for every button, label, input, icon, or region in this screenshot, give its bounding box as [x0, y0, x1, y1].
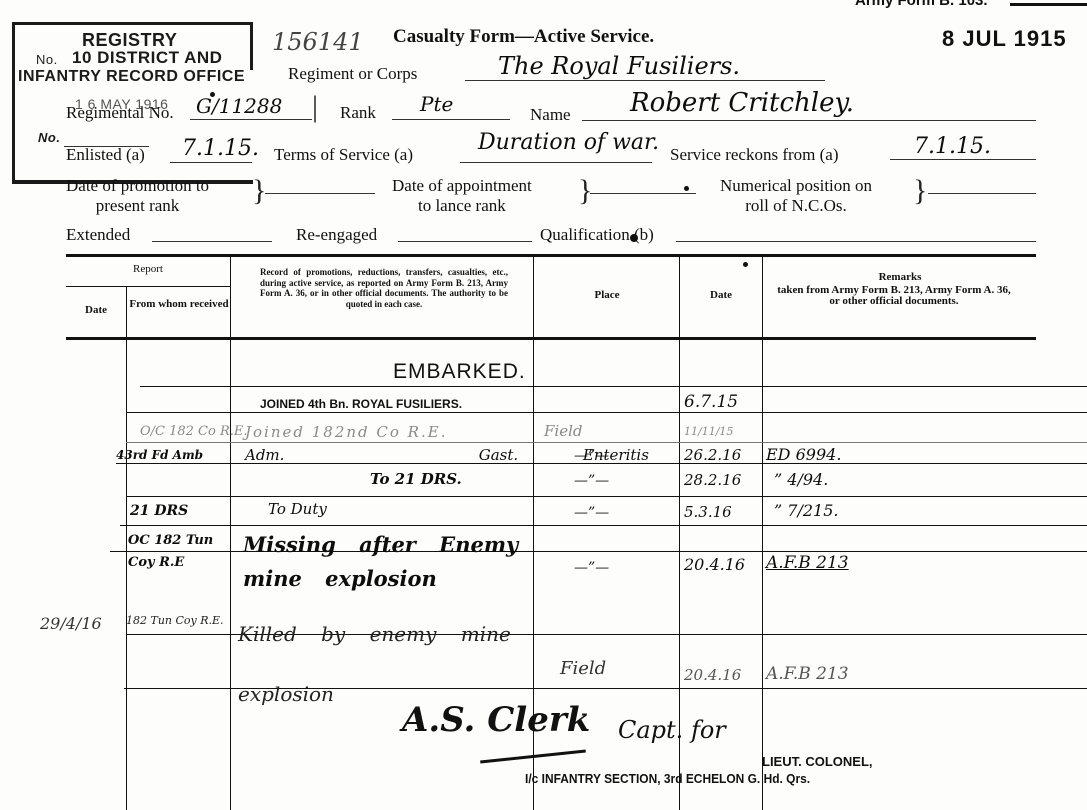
ink-speck	[210, 92, 215, 97]
regiment-value[interactable]: The Royal Fusiliers.	[498, 52, 740, 80]
serial-number: 156141	[272, 28, 364, 56]
reckons-value[interactable]: 7.1.15.	[914, 134, 991, 159]
row-3-from: 43rd Fd Amb	[116, 448, 203, 462]
row-7-remarks: A.F.B 213	[766, 664, 849, 684]
header-place: Place	[535, 290, 679, 301]
enlisted-label: Enlisted (a)	[66, 145, 145, 165]
row-2-date: 11/11/15	[684, 425, 733, 438]
row-3-place: —”—	[574, 448, 609, 464]
row-5-record: To Duty	[268, 500, 327, 518]
stamp-line-2-prefix: No.	[36, 52, 58, 67]
row-5-place: —”—	[574, 505, 609, 521]
promotion-label: Date of promotion to present rank	[66, 176, 209, 216]
header-date: Date	[66, 305, 126, 316]
signature-office: I/c INFANTRY SECTION, 3rd ECHELON G. Hd.…	[525, 771, 810, 786]
row-3-date: 26.2.16	[684, 446, 741, 464]
row-3-remarks: ED 6994.	[766, 445, 841, 464]
regiment-label: Regiment or Corps	[288, 64, 417, 84]
row-6-remarks: A.F.B 213	[766, 553, 849, 573]
row-7-from: 182 Tun Coy R.E.	[126, 614, 234, 627]
row-1-date: 6.7.15	[684, 392, 738, 412]
regimental-no-value[interactable]: G/11288	[196, 94, 282, 118]
stamp-no-label: No.	[38, 130, 60, 145]
row-6-date: 20.4.16	[684, 555, 745, 574]
row-5-from: 21 DRS	[130, 503, 188, 519]
reengaged-label: Re-engaged	[296, 225, 377, 245]
signature-title: LIEUT. COLONEL,	[762, 754, 873, 769]
row-4-remarks: ” 4/94.	[774, 470, 828, 489]
row-2-from: O/C 182 Co R.E.	[140, 424, 248, 439]
signature-rank: Capt. for	[618, 716, 726, 744]
row-6-place: —”—	[574, 560, 609, 576]
col-divider-date	[126, 286, 127, 810]
regimental-no-label: Regimental No.	[66, 103, 174, 123]
name-value[interactable]: Robert Critchley.	[630, 88, 854, 118]
form-title: Casualty Form—Active Service.	[393, 26, 654, 48]
name-label: Name	[530, 105, 571, 125]
ink-speck	[684, 186, 689, 191]
extended-label: Extended	[66, 225, 130, 245]
ink-speck	[743, 262, 748, 267]
army-form-label: Army Form B. 103.	[855, 0, 988, 9]
row-4-date: 28.2.16	[684, 471, 741, 489]
rank-label: Rank	[340, 103, 376, 123]
row-4-place: —”—	[574, 473, 609, 489]
header-date2: Date	[680, 290, 762, 301]
top-rule	[1010, 3, 1087, 6]
enlisted-value[interactable]: 7.1.15.	[182, 136, 259, 161]
header-remarks-sub: taken from Army Form B. 213, Army Form A…	[776, 285, 1012, 307]
reckons-label: Service reckons from (a)	[670, 145, 839, 165]
row-1-record: JOINED 4th Bn. ROYAL FUSILIERS.	[260, 397, 462, 411]
row-6-from: OC 182 Tun Coy R.E	[128, 530, 232, 574]
row-7-date2: 20.4.16	[684, 666, 741, 684]
row-embarked: EMBARKED.	[393, 360, 526, 384]
row-5-remarks: ” 7/215.	[774, 501, 838, 520]
table-header-rule	[66, 337, 1036, 340]
date-stamp: 8 JUL 1915	[942, 26, 1067, 52]
stamp-line-3: INFANTRY RECORD OFFICE	[18, 68, 245, 86]
header-remarks-title: Remarks	[764, 272, 1036, 283]
col-divider-date2	[762, 256, 763, 810]
row-2-record: Joined 182nd Co R.E.	[245, 423, 447, 441]
rank-value[interactable]: Pte	[420, 92, 453, 116]
header-from-whom: From whom received	[128, 299, 230, 310]
numerical-position-label: Numerical position on roll of N.C.Os.	[720, 176, 872, 216]
row-2-place: Field	[544, 422, 582, 440]
table-top-rule	[66, 254, 1036, 257]
header-report: Report	[66, 264, 230, 275]
ink-speck	[630, 234, 638, 242]
row-5-date: 5.3.16	[684, 503, 732, 521]
terms-label: Terms of Service (a)	[274, 145, 413, 165]
row-4-record: To 21 DRS.	[370, 470, 462, 488]
signature-name: A.S. Clerk	[402, 700, 590, 740]
stamp-line-2: 10 DISTRICT AND	[72, 48, 222, 68]
row-7-date: 29/4/16	[40, 614, 102, 633]
row-6-record: Missing after Enemy mine explosion	[243, 528, 533, 596]
row-7-place: Field	[560, 658, 606, 679]
appointment-label: Date of appointment to lance rank	[392, 176, 532, 216]
header-record: Record of promotions, reductions, transf…	[260, 267, 508, 309]
terms-value[interactable]: Duration of war.	[478, 130, 659, 155]
